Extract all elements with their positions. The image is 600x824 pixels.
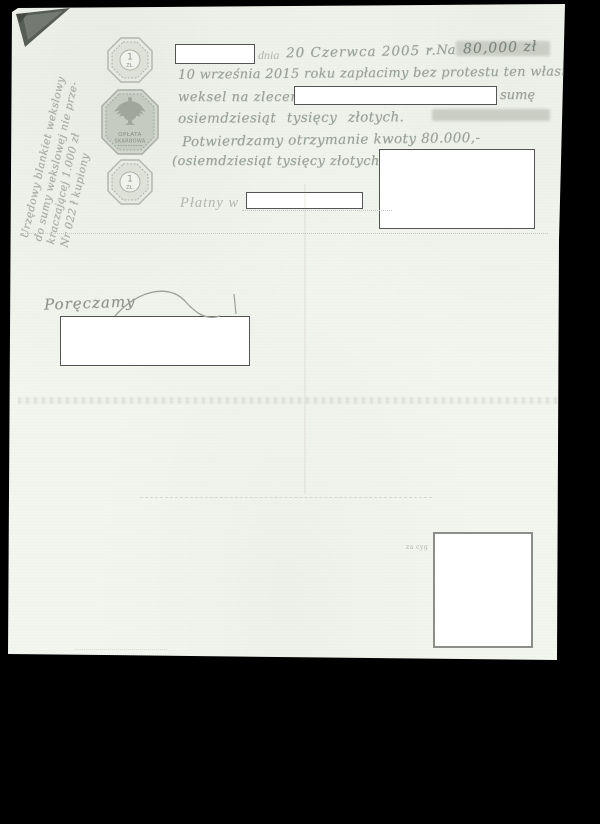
form-rule <box>242 210 392 211</box>
tax-stamp-middle: OPŁATA SKARBOWA <box>102 90 158 154</box>
bottom-note: za cyg <box>406 544 428 551</box>
redaction-box-signature <box>379 149 535 229</box>
handwritten-amount: 80,000 zł <box>463 39 538 58</box>
tax-stamp-top: 1 ZŁ. <box>108 38 152 82</box>
confirmation-words: (osiemdziesiąt tysięcy złotych.) <box>172 154 390 169</box>
amount-words: osiemdziesiąt tysięcy złotych. <box>178 109 404 127</box>
stamp-column: 1 ZŁ. OPŁATA SKARBOWA 1 ZŁ. <box>98 36 162 218</box>
stamp-title-2: SKARBOWA <box>114 139 145 145</box>
stamp-unit: ZŁ. <box>126 185 134 191</box>
redaction-box-place <box>175 44 255 64</box>
redaction-box-payee <box>294 86 497 105</box>
stamp-value: 1 <box>127 53 133 63</box>
vertical-crease <box>304 184 306 494</box>
stamp-value: 1 <box>127 175 133 185</box>
faint-crease-line <box>140 497 432 498</box>
eraser-smudge <box>432 109 550 121</box>
payable-label: Płatny w <box>180 195 239 212</box>
weksel-page: Urzędowy blankiet wekslowy do sumy weksl… <box>8 4 566 660</box>
scan-crease <box>18 397 566 404</box>
scanned-document: Urzędowy blankiet wekslowy do sumy weksl… <box>0 0 600 824</box>
stamp-unit: ZŁ. <box>126 63 134 69</box>
form-bottom-rule <box>22 233 548 234</box>
stamp-title-1: OPŁATA <box>118 132 142 138</box>
order-line-before: weksel na zlecenie <box>178 90 312 105</box>
tax-stamp-bottom: 1 ZŁ. <box>108 160 152 204</box>
date-label: dnia <box>258 48 279 63</box>
faint-bottom-mark <box>75 649 167 650</box>
promise-line: 10 września 2015 roku zapłacimy bez prot… <box>178 64 578 82</box>
handwritten-date: 20 Czerwca 2005 r. <box>286 43 437 62</box>
signature-squiggle <box>110 288 255 330</box>
amount-prefix: · Na <box>428 43 455 58</box>
redaction-box-stamp-area <box>433 532 533 648</box>
order-line-after: sumę <box>500 88 535 103</box>
confirmation-line: Potwierdzamy otrzymanie kwoty 80.000,- <box>182 130 481 150</box>
